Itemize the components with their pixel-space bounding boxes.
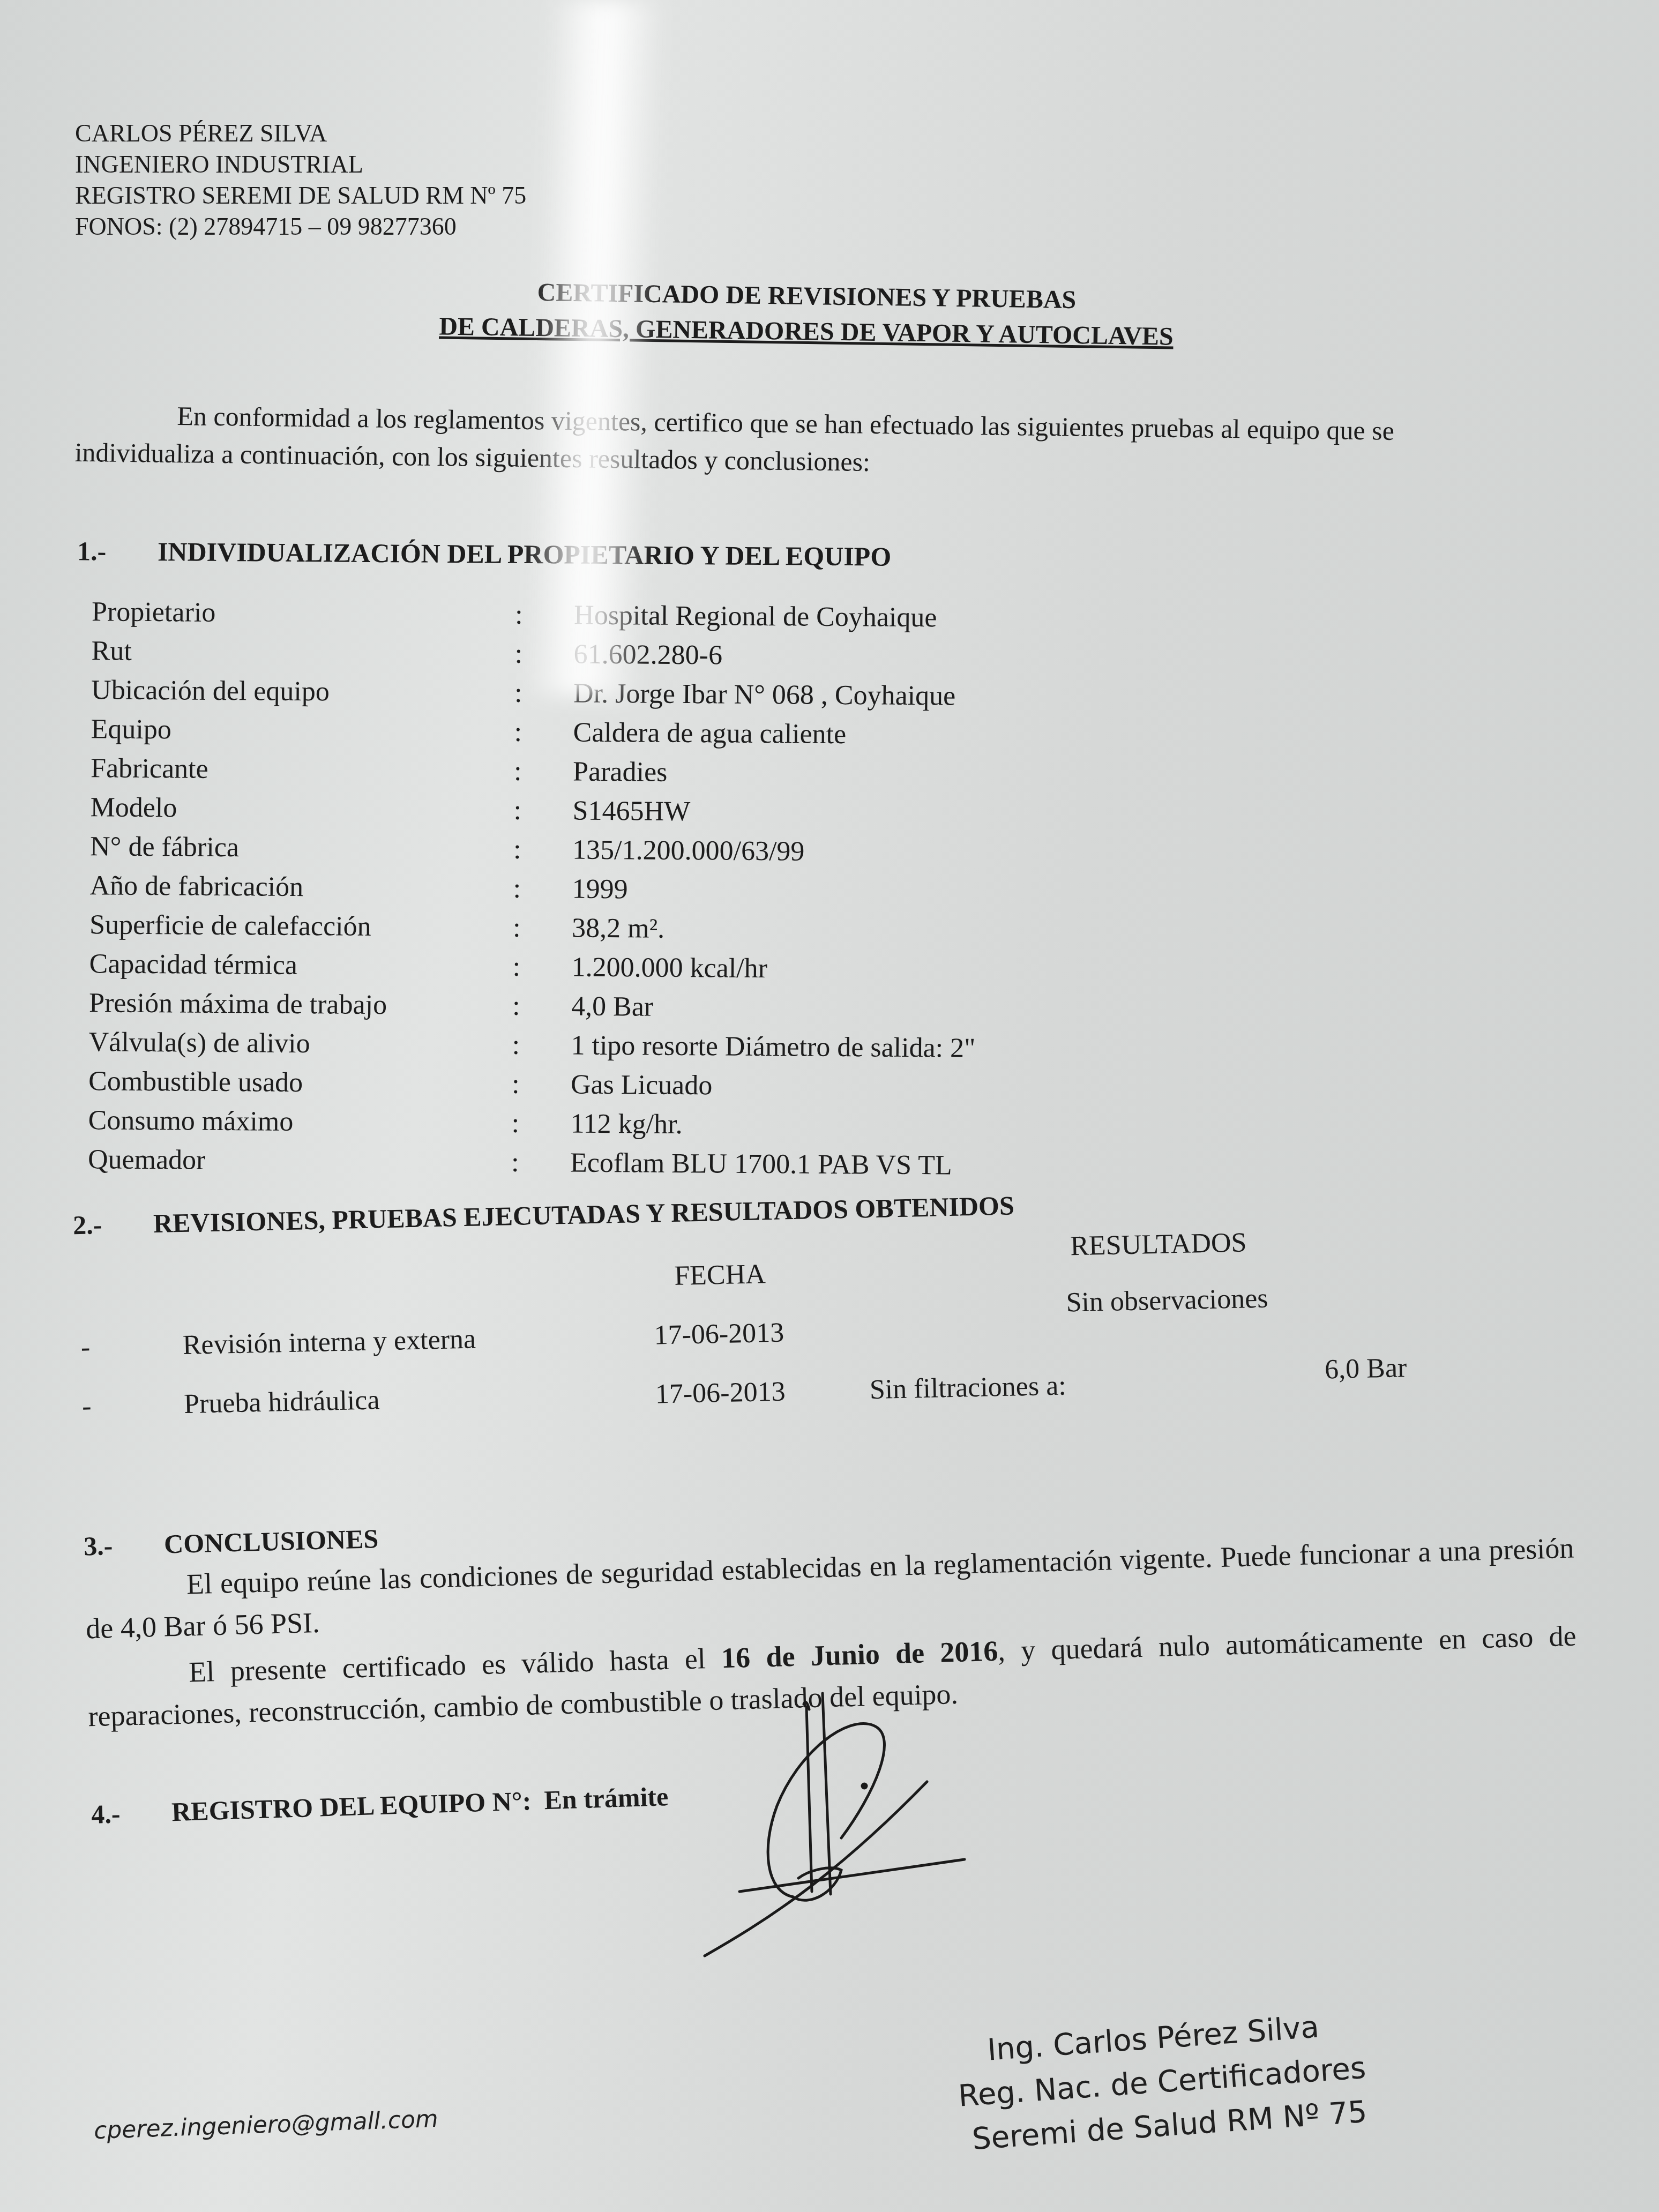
section-title: REVISIONES, PRUEBAS EJECUTADAS Y RESULTA…	[153, 1190, 1014, 1238]
section-2: 2.-REVISIONES, PRUEBAS EJECUTADAS Y RESU…	[72, 1180, 1470, 1455]
spec-row: Ubicación del equipo:Dr. Jorge Ibar N° 0…	[91, 670, 978, 716]
spec-label: Modelo	[90, 788, 513, 830]
certificate-page: CARLOS PÉREZ SILVA INGENIERO INDUSTRIAL …	[0, 0, 1659, 2212]
spec-value: Caldera de agua caliente	[573, 713, 977, 755]
letterhead: CARLOS PÉREZ SILVA INGENIERO INDUSTRIAL …	[75, 118, 526, 242]
spec-label: Propietario	[92, 592, 515, 634]
spec-value: 38,2 m².	[572, 909, 976, 951]
spec-row: Rut:61.602.280-6	[91, 631, 978, 677]
spec-value: 61.602.280-6	[573, 635, 978, 677]
spec-separator: :	[512, 1026, 571, 1065]
spec-row: N° de fábrica:135/1.200.000/63/99	[90, 827, 977, 872]
spec-label: Capacidad térmica	[89, 944, 512, 987]
test-result: Sin observaciones	[1066, 1283, 1268, 1319]
test-name: Prueba hidráulica	[184, 1384, 380, 1420]
spec-value: 4,0 Bar	[571, 987, 976, 1029]
section-number: 2.-	[72, 1208, 153, 1240]
spec-label: Rut	[91, 631, 514, 674]
section-number: 3.-	[83, 1529, 164, 1562]
spec-label: N° de fábrica	[90, 827, 513, 869]
validity-text: El presente certificado es válido hasta …	[189, 1642, 722, 1688]
validity-date: 16 de Junio de 2016	[721, 1635, 998, 1674]
spec-separator: :	[513, 869, 572, 909]
spec-separator: :	[511, 1104, 571, 1144]
spec-row: Propietario:Hospital Regional de Coyhaiq…	[92, 592, 978, 638]
spec-value: Paradies	[573, 752, 977, 794]
spec-value: Gas Licuado	[571, 1065, 975, 1107]
spec-row: Año de fabricación:1999	[89, 866, 976, 911]
test-result: Sin filtraciones a:	[869, 1370, 1066, 1406]
section-1-heading: 1.-INDIVIDUALIZACIÓN DEL PROPIETARIO Y D…	[77, 535, 979, 573]
engineer-name: CARLOS PÉREZ SILVA	[75, 118, 526, 149]
spec-value: 112 kg/hr.	[570, 1104, 975, 1146]
spec-value: 1.200.000 kcal/hr	[571, 948, 976, 990]
spec-value: S1465HW	[572, 791, 977, 833]
spec-label: Combustible usado	[88, 1062, 512, 1104]
test-date: 17-06-2013	[654, 1317, 784, 1351]
test-name: Revisión interna y externa	[182, 1324, 476, 1361]
bullet: -	[82, 1391, 92, 1422]
engineer-registry: REGISTRO SEREMI DE SALUD RM Nº 75	[75, 180, 526, 211]
spec-value: Ecoflam BLU 1700.1 PAB VS TL	[570, 1144, 975, 1185]
section-title: INDIVIDUALIZACIÓN DEL PROPIETARIO Y DEL …	[158, 536, 892, 572]
spec-separator: :	[511, 1143, 571, 1183]
section-4: 4.-REGISTRO DEL EQUIPO N°:En trámite	[91, 1781, 669, 1830]
spec-label: Equipo	[91, 709, 514, 752]
spec-separator: :	[514, 713, 573, 752]
spec-row: Quemador:Ecoflam BLU 1700.1 PAB VS TL	[88, 1140, 975, 1185]
spec-value: 135/1.200.000/63/99	[572, 831, 977, 872]
spec-separator: :	[512, 987, 572, 1026]
section-1: 1.-INDIVIDUALIZACIÓN DEL PROPIETARIO Y D…	[73, 535, 979, 1185]
document-title: CERTIFICADO DE REVISIONES Y PRUEBAS DE C…	[364, 272, 1249, 355]
column-header-resultados: RESULTADOS	[1070, 1227, 1247, 1262]
column-header-fecha: FECHA	[674, 1258, 766, 1292]
spec-separator: :	[512, 947, 572, 987]
section-3: 3.-CONCLUSIONES El equipo reúne las cond…	[83, 1492, 1578, 1738]
section-title: CONCLUSIONES	[163, 1523, 378, 1559]
test-pressure-value: 6,0 Bar	[1325, 1352, 1407, 1385]
spec-separator: :	[513, 830, 573, 870]
section-title: REGISTRO DEL EQUIPO N°:	[171, 1785, 532, 1827]
spec-label: Quemador	[88, 1140, 511, 1182]
spec-label: Ubicación del equipo	[91, 670, 514, 713]
spec-row: Fabricante:Paradies	[91, 749, 977, 794]
test-date: 17-06-2013	[655, 1376, 786, 1410]
spec-row: Consumo máximo:112 kg/hr.	[88, 1101, 975, 1146]
spec-separator: :	[513, 791, 573, 831]
spec-value: 1999	[572, 870, 976, 911]
spec-label: Superficie de calefacción	[89, 905, 513, 947]
spec-label: Consumo máximo	[88, 1101, 511, 1143]
spec-label: Fabricante	[91, 749, 514, 791]
section-number: 1.-	[77, 535, 158, 567]
spec-row: Combustible usado:Gas Licuado	[88, 1062, 975, 1107]
bullet: -	[80, 1332, 91, 1363]
spec-separator: :	[512, 1065, 571, 1104]
spec-label: Presión máxima de trabajo	[89, 983, 512, 1026]
spec-row: Equipo:Caldera de agua caliente	[91, 709, 977, 755]
spec-row: Válvula(s) de alivio:1 tipo resorte Diám…	[88, 1022, 975, 1068]
spec-value: Hospital Regional de Coyhaique	[574, 596, 978, 638]
spec-label: Válvula(s) de alivio	[88, 1022, 512, 1065]
test-row: - Revisión interna y externa 17-06-2013 …	[75, 1303, 1469, 1369]
spec-value: 1 tipo resorte Diámetro de salida: 2"	[571, 1026, 975, 1068]
intro-paragraph: En conformidad a los reglamentos vigente…	[74, 396, 1506, 489]
spec-separator: :	[514, 674, 574, 713]
tests-table: FECHA RESULTADOS - Revisión interna y ex…	[73, 1222, 1470, 1455]
spec-row: Modelo:S1465HW	[90, 788, 977, 833]
equipment-spec-table: Propietario:Hospital Regional de Coyhaiq…	[88, 592, 978, 1185]
spec-row: Superficie de calefacción:38,2 m².	[89, 905, 976, 951]
spec-value: Dr. Jorge Ibar N° 068 , Coyhaique	[573, 674, 978, 716]
spec-separator: :	[513, 908, 572, 948]
engineer-phones: FONOS: (2) 27894715 – 09 98277360	[75, 211, 526, 242]
signature-stamp: Ing. Carlos Pérez Silva Reg. Nac. de Cer…	[954, 2002, 1370, 2163]
spec-separator: :	[514, 634, 574, 674]
spec-separator: :	[514, 752, 573, 791]
test-row: - Prueba hidráulica 17-06-2013 Sin filtr…	[77, 1362, 1470, 1428]
spec-separator: :	[515, 595, 574, 635]
contact-email: cperez.ingeniero@gmall.com	[93, 2105, 438, 2144]
registry-status: En trámite	[543, 1781, 669, 1815]
spec-label: Año de fabricación	[89, 866, 513, 908]
engineer-profession: INGENIERO INDUSTRIAL	[75, 149, 526, 180]
spec-row: Capacidad térmica:1.200.000 kcal/hr	[89, 944, 976, 990]
spec-row: Presión máxima de trabajo:4,0 Bar	[89, 983, 976, 1029]
section-number: 4.-	[91, 1796, 172, 1830]
